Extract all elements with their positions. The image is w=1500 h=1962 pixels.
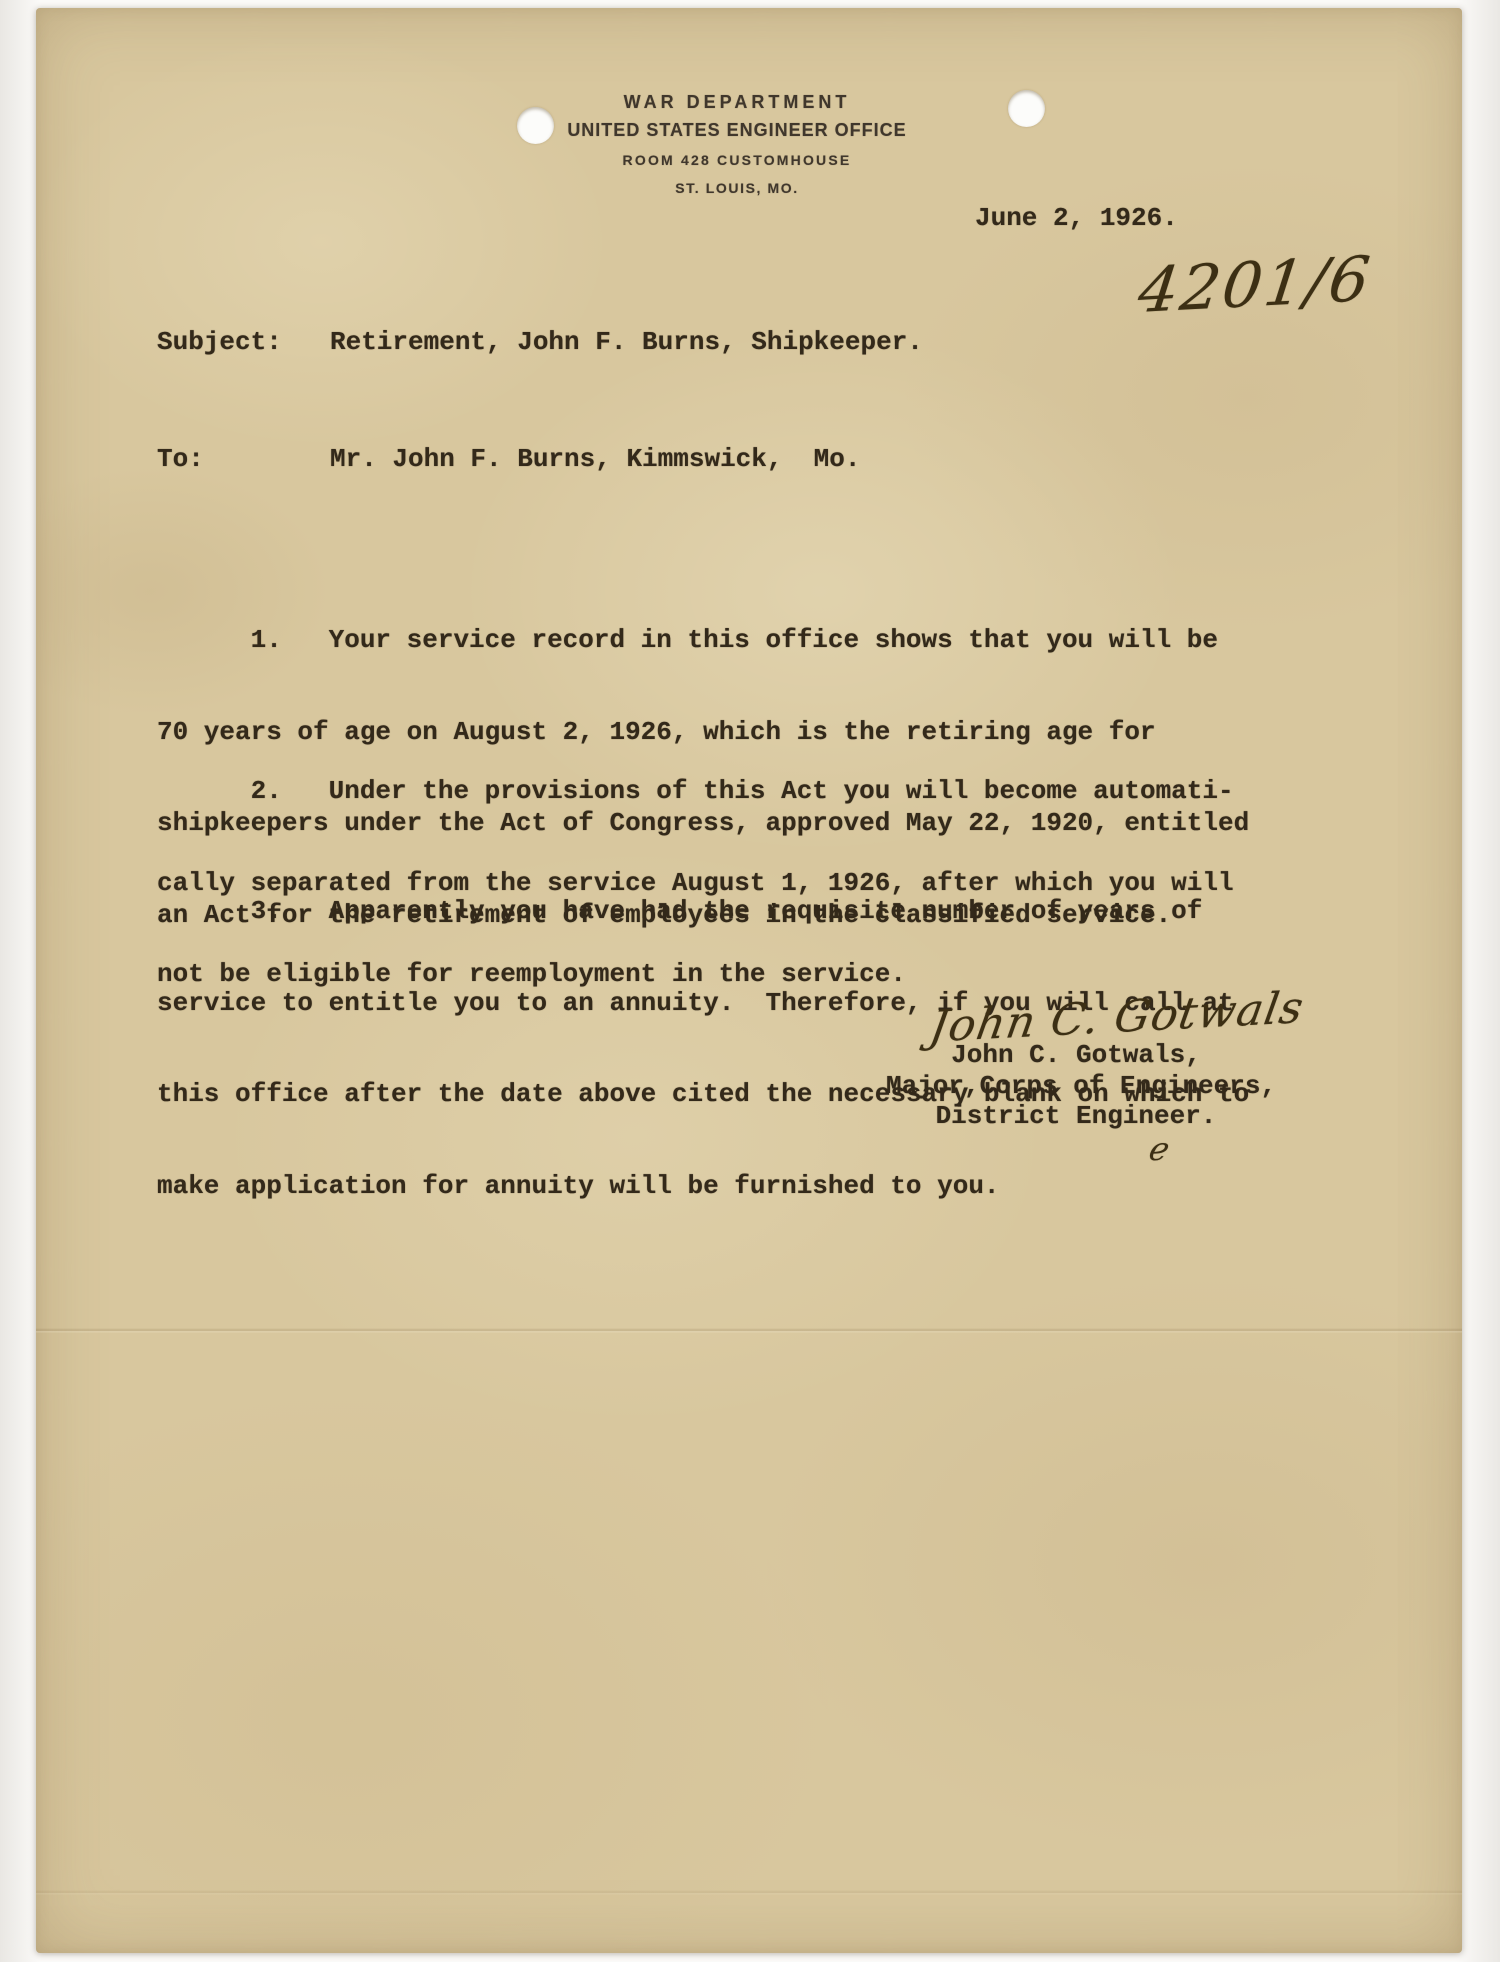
fold-crease-bottom	[36, 1890, 1462, 1895]
letterhead-office: UNITED STATES ENGINEER OFFICE	[36, 120, 1438, 141]
letter-paper: WAR DEPARTMENT UNITED STATES ENGINEER OF…	[36, 8, 1462, 1953]
signature-typed-block: John C. Gotwals, Major,Corps of Engineer…	[886, 1040, 1266, 1132]
paragraph-line: make application for annuity will be fur…	[157, 1171, 1249, 1202]
punch-hole-left	[517, 107, 554, 144]
file-number-handwritten: 4201/6	[1135, 242, 1376, 327]
punch-hole-right	[1008, 90, 1045, 127]
fold-crease-middle	[36, 1328, 1462, 1333]
paragraph-line: 2. Under the provisions of this Act you …	[157, 776, 1234, 807]
signature-typed-rank: Major,Corps of Engineers,	[886, 1071, 1266, 1102]
signature-typed-title: District Engineer.	[886, 1101, 1266, 1132]
letterhead-department: WAR DEPARTMENT	[36, 92, 1438, 113]
date-line: June 2, 1926.	[975, 203, 1178, 234]
letterhead-room: ROOM 428 CUSTOMHOUSE	[36, 152, 1438, 168]
subject-label: Subject:	[157, 327, 282, 358]
subject-value: Retirement, John F. Burns, Shipkeeper.	[330, 327, 923, 358]
to-value: Mr. John F. Burns, Kimmswick, Mo.	[330, 444, 861, 475]
letterhead-city: ST. LOUIS, MO.	[36, 180, 1438, 196]
paragraph-line: 1. Your service record in this office sh…	[157, 625, 1249, 656]
to-label: To:	[157, 444, 204, 475]
paragraph-line: 3. Apparently you have had the requisite…	[157, 896, 1249, 927]
scan-background: { "letterhead": { "department": "WAR DEP…	[0, 0, 1500, 1962]
signature-typed-name: John C. Gotwals,	[886, 1040, 1266, 1071]
